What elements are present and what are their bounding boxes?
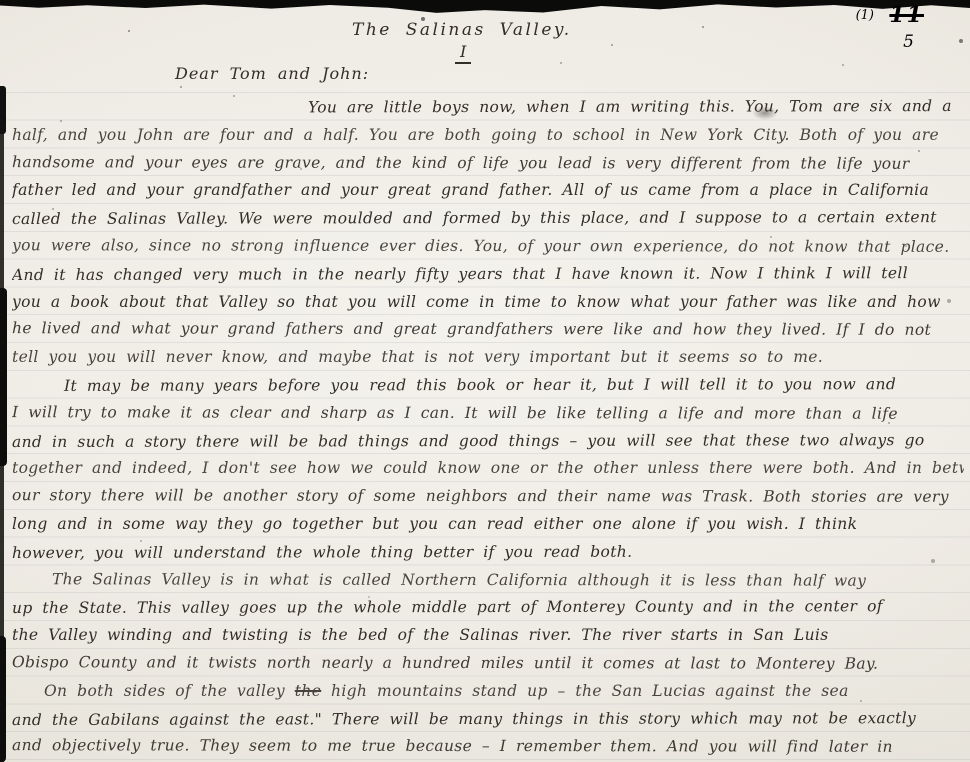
manuscript-line: handsome and your eyes are grave, and th… — [12, 149, 964, 178]
line-segment: high mountains stand up – the San Lucias… — [321, 682, 848, 700]
manuscript-page: (1) 11 5 The Salinas Valley. I Dear Tom … — [0, 0, 970, 762]
chapter-numeral: I — [455, 42, 471, 64]
manuscript-line: up the State. This valley goes up the wh… — [12, 593, 964, 623]
manuscript-line: and in such a story there will be bad th… — [12, 427, 964, 457]
manuscript-line-with-strikethrough: On both sides of the valley the high mou… — [12, 678, 964, 706]
manuscript-line: you a book about that Valley so that you… — [12, 289, 964, 317]
manuscript-line: half, and you John are four and a half. … — [12, 122, 964, 150]
line-segment: On both sides of the valley — [44, 682, 295, 700]
manuscript-line: together and indeed, I don't see how we … — [12, 455, 964, 483]
manuscript-line: And it has changed very much in the near… — [12, 260, 964, 290]
manuscript-line: The Salinas Valley is in what is called … — [12, 566, 964, 595]
manuscript-line: and the Gabilans against the east." Ther… — [12, 705, 964, 735]
manuscript-line: you were also, since no strong influence… — [12, 232, 964, 261]
crossed-out-page-number: 11 — [889, 2, 924, 28]
manuscript-line: It may be many years before you read thi… — [12, 371, 964, 401]
sheet-label: (1) — [856, 8, 874, 23]
manuscript-line: Obispo County and it twists north nearly… — [12, 649, 964, 678]
manuscript-line: the Valley winding and twisting is the b… — [12, 622, 964, 650]
letter-body: You are little boys now, when I am writi… — [12, 94, 964, 761]
film-edge-top — [0, 0, 970, 13]
manuscript-line: however, you will understand the whole t… — [12, 538, 964, 568]
film-edge-left-mark — [0, 636, 6, 762]
page-title: The Salinas Valley. — [352, 20, 572, 40]
manuscript-line: tell you you will never know, and maybe … — [12, 344, 964, 372]
film-edge-left-mark — [0, 288, 7, 466]
manuscript-line: and objectively true. They seem to me tr… — [12, 732, 964, 761]
manuscript-line: I will try to make it as clear and sharp… — [12, 399, 964, 428]
struck-word: the — [295, 682, 321, 700]
film-edge-left-mark — [0, 86, 6, 134]
manuscript-line: You are little boys now, when I am writi… — [12, 93, 964, 123]
salutation: Dear Tom and John: — [175, 64, 369, 83]
page-number: 5 — [903, 32, 914, 52]
manuscript-line: long and in some way they go together bu… — [12, 511, 964, 539]
manuscript-line: he lived and what your grand fathers and… — [12, 316, 964, 345]
manuscript-line: our story there will be another story of… — [12, 482, 964, 511]
manuscript-line: called the Salinas Valley. We were mould… — [12, 204, 964, 234]
manuscript-line: father led and your grandfather and your… — [12, 177, 964, 205]
